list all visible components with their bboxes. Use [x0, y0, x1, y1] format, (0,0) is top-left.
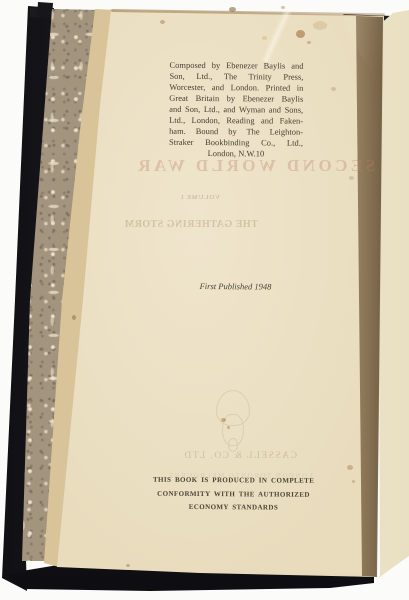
colophon-line: ham. Bound by The Leighton- — [169, 126, 303, 138]
foxing-spot — [296, 30, 305, 38]
economy-line: ECONOMY STANDARDS — [118, 500, 348, 515]
printed-text-layer: Composed by Ebenezer Baylis and Son, Ltd… — [0, 0, 409, 600]
foxing-spot — [221, 418, 226, 422]
colophon-line: Composed by Ebenezer Baylis and — [170, 60, 304, 72]
book-photo: SECOND WORLD WAR VOLUME I THE GATHERING … — [0, 0, 409, 600]
colophon-line: Ltd., London, Reading and Faken- — [169, 115, 303, 127]
foxing-spot — [349, 176, 354, 180]
foxing-spot — [229, 7, 236, 12]
colophon-line: Great Britain by Ebenezer Baylis — [169, 93, 303, 105]
foxing-spot — [160, 20, 165, 24]
foxing-spot — [281, 6, 285, 9]
foxing-spot — [72, 315, 76, 320]
economy-standards-notice: THIS BOOK IS PRODUCED IN COMPLETE CONFOR… — [118, 473, 348, 515]
foxing-spot — [307, 41, 311, 44]
colophon-line: London, N.W.10 — [169, 148, 303, 160]
economy-line: THIS BOOK IS PRODUCED IN COMPLETE — [119, 473, 349, 488]
colophon-line: Son, Ltd., The Trinity Press, — [169, 71, 303, 83]
colophon-line: Straker Bookbinding Co., Ltd., — [169, 137, 303, 149]
colophon-line: Worcester, and London. Printed in — [169, 82, 303, 94]
foxing-spot — [352, 480, 355, 483]
foxing-spot — [262, 36, 267, 40]
foxing-spot — [347, 465, 353, 470]
foxing-spot — [227, 426, 230, 429]
foxing-spot — [331, 87, 336, 91]
colophon-line: and Son, Ltd., and Wyman and Sons, — [169, 104, 303, 116]
foxing-spot — [126, 564, 130, 567]
colophon-paragraph: Composed by Ebenezer Baylis and Son, Ltd… — [169, 60, 304, 160]
foxing-spot — [313, 21, 327, 30]
first-published-line: First Published 1948 — [128, 281, 343, 293]
